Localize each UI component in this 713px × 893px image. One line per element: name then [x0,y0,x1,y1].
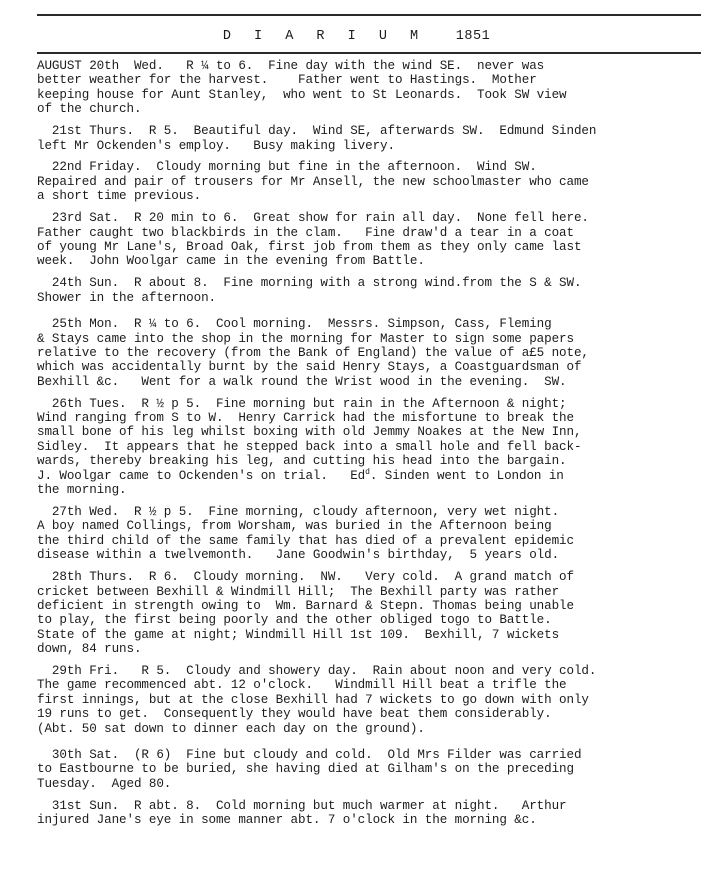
entry-line: 24th Sun. R about 8. Fine morning with a… [37,276,707,290]
entry-line: Shower in the afternoon. [37,291,707,305]
diary-entry: 26th Tues. R ½ p 5. Fine morning but rai… [37,397,707,498]
entry-line: A boy named Collings, from Worsham, was … [37,519,707,533]
diary-page: D I A R I U M 1851 AUGUST 20th Wed. R ¼ … [0,0,713,893]
diary-entry: 24th Sun. R about 8. Fine morning with a… [37,276,707,305]
entry-line: a short time previous. [37,189,707,203]
entry-line: cricket between Bexhill & Windmill Hill;… [37,585,707,599]
header-bottom-rule [37,52,701,54]
entry-line: first innings, but at the close Bexhill … [37,693,707,707]
entry-line: Sidley. It appears that he stepped back … [37,440,707,454]
page-header: D I A R I U M 1851 [0,29,713,44]
header-year: 1851 [456,29,490,44]
entry-line: Bexhill &c. Went for a walk round the Wr… [37,375,707,389]
entry-line: (Abt. 50 sat down to dinner each day on … [37,722,707,736]
entry-line: the morning. [37,483,707,497]
entry-line: of young Mr Lane's, Broad Oak, first job… [37,240,707,254]
entry-line: to play, the first being poorly and the … [37,613,707,627]
diary-entry: 29th Fri. R 5. Cloudy and showery day. R… [37,664,707,736]
entry-line: 22nd Friday. Cloudy morning but fine in … [37,160,707,174]
diary-entries: AUGUST 20th Wed. R ¼ to 6. Fine day with… [37,59,707,835]
entry-line: 26th Tues. R ½ p 5. Fine morning but rai… [37,397,707,411]
diary-entry: 21st Thurs. R 5. Beautiful day. Wind SE,… [37,124,707,153]
entry-line: relative to the recovery (from the Bank … [37,346,707,360]
header-title: D I A R I U M [223,29,426,44]
entry-line: small bone of his leg whilst boxing with… [37,425,707,439]
entry-line: keeping house for Aunt Stanley, who went… [37,88,707,102]
diary-entry: 27th Wed. R ½ p 5. Fine morning, cloudy … [37,505,707,563]
entry-line: deficient in strength owing to Wm. Barna… [37,599,707,613]
entry-line: injured Jane's eye in some manner abt. 7… [37,813,707,827]
entry-line: Tuesday. Aged 80. [37,777,707,791]
entry-line: Father caught two blackbirds in the clam… [37,226,707,240]
entry-line: 19 runs to get. Consequently they would … [37,707,707,721]
entry-line: J. Woolgar came to Ockenden's on trial. … [37,469,707,483]
entry-line: week. John Woolgar came in the evening f… [37,254,707,268]
diary-entry: 31st Sun. R abt. 8. Cold morning but muc… [37,799,707,828]
entry-line: wards, thereby breaking his leg, and cut… [37,454,707,468]
entry-line: 27th Wed. R ½ p 5. Fine morning, cloudy … [37,505,707,519]
entry-line: Repaired and pair of trousers for Mr Ans… [37,175,707,189]
entry-line: to Eastbourne to be buried, she having d… [37,762,707,776]
entry-line: 28th Thurs. R 6. Cloudy morning. NW. Ver… [37,570,707,584]
diary-entry: 23rd Sat. R 20 min to 6. Great show for … [37,211,707,269]
diary-entry: AUGUST 20th Wed. R ¼ to 6. Fine day with… [37,59,707,117]
entry-line: State of the game at night; Windmill Hil… [37,628,707,642]
diary-entry: 28th Thurs. R 6. Cloudy morning. NW. Ver… [37,570,707,656]
diary-entry: 30th Sat. (R 6) Fine but cloudy and cold… [37,748,707,791]
entry-line: 23rd Sat. R 20 min to 6. Great show for … [37,211,707,225]
entry-line: 31st Sun. R abt. 8. Cold morning but muc… [37,799,707,813]
entry-line: of the church. [37,102,707,116]
entry-line: the third child of the same family that … [37,534,707,548]
entry-line: 30th Sat. (R 6) Fine but cloudy and cold… [37,748,707,762]
entry-line: 29th Fri. R 5. Cloudy and showery day. R… [37,664,707,678]
entry-line: better weather for the harvest. Father w… [37,73,707,87]
entry-line: 21st Thurs. R 5. Beautiful day. Wind SE,… [37,124,707,138]
entry-line: 25th Mon. R ¼ to 6. Cool morning. Messrs… [37,317,707,331]
entry-line: & Stays came into the shop in the mornin… [37,332,707,346]
entry-line: down, 84 runs. [37,642,707,656]
entry-line: disease within a twelvemonth. Jane Goodw… [37,548,707,562]
diary-entry: 25th Mon. R ¼ to 6. Cool morning. Messrs… [37,317,707,389]
entry-line: which was accidentally burnt by the said… [37,360,707,374]
entry-line: left Mr Ockenden's employ. Busy making l… [37,139,707,153]
header-top-rule [37,14,701,16]
entry-line: The game recommenced abt. 12 o'clock. Wi… [37,678,707,692]
entry-line: Wind ranging from S to W. Henry Carrick … [37,411,707,425]
entry-line: AUGUST 20th Wed. R ¼ to 6. Fine day with… [37,59,707,73]
diary-entry: 22nd Friday. Cloudy morning but fine in … [37,160,707,203]
